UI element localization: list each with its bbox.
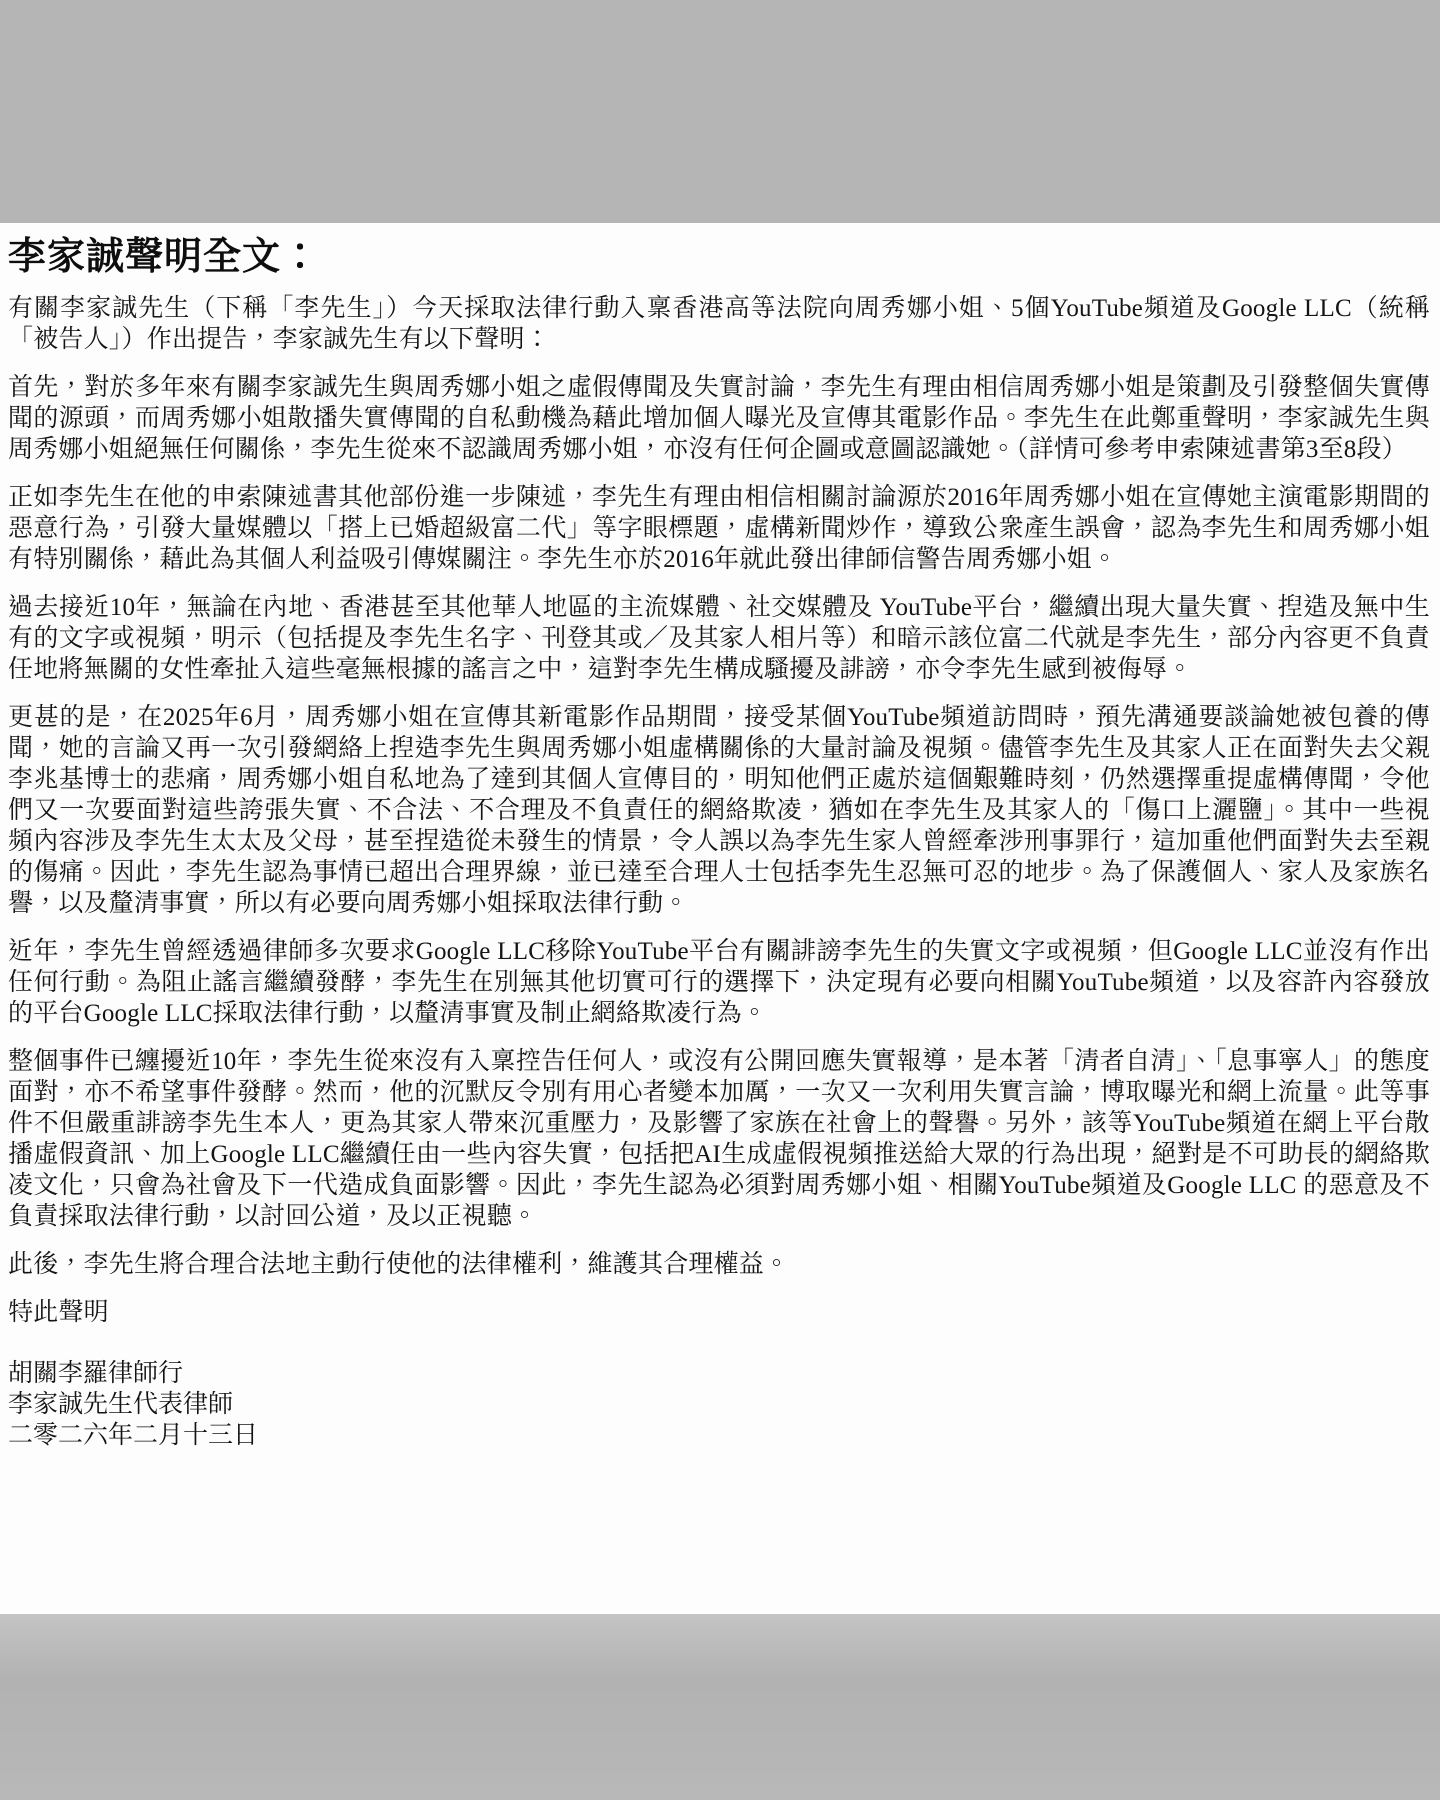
statement-paragraph-1: 首先，對於多年來有關李家誠先生與周秀娜小姐之虛假傳聞及失實討論，李先生有理由相信… xyxy=(8,372,1430,465)
statement-paragraph-6: 整個事件已纏擾近10年，李先生從來沒有入稟控告任何人，或沒有公開回應失實報導，是… xyxy=(8,1046,1430,1232)
signature-block: 胡關李羅律師行 李家誠先生代表律師 二零二六年二月十三日 xyxy=(8,1358,1430,1451)
statement-paragraph-3: 過去接近10年，無論在內地、香港甚至其他華人地區的主流媒體、社交媒體及 YouT… xyxy=(8,592,1430,685)
page-title: 李家誠聲明全文： xyxy=(8,235,1430,281)
signature-date: 二零二六年二月十三日 xyxy=(8,1420,1430,1451)
statement-paragraph-closing: 此後，李先生將合理合法地主動行使他的法律權利，維護其合理權益。 xyxy=(8,1249,1430,1280)
signature-representative: 李家誠先生代表律師 xyxy=(8,1389,1430,1420)
statement-paragraph-2: 正如李先生在他的申索陳述書其他部份進一步陳述，李先生有理由相信相關討論源於201… xyxy=(8,482,1430,575)
statement-declaration: 特此聲明 xyxy=(8,1297,1430,1328)
bottom-gray-band xyxy=(0,1614,1440,1800)
statement-paragraph-intro: 有關李家誠先生（下稱「李先生」）今天採取法律行動入稟香港高等法院向周秀娜小姐、5… xyxy=(8,293,1430,355)
statement-paragraph-5: 近年，李先生曾經透過律師多次要求Google LLC移除YouTube平台有關誹… xyxy=(8,936,1430,1029)
top-gray-band xyxy=(0,0,1440,223)
statement-paragraph-4: 更甚的是，在2025年6月，周秀娜小姐在宣傳其新電影作品期間，接受某個YouTu… xyxy=(8,702,1430,919)
screenshot-page: 李家誠聲明全文： 有關李家誠先生（下稱「李先生」）今天採取法律行動入稟香港高等法… xyxy=(0,0,1440,1800)
signature-law-firm: 胡關李羅律師行 xyxy=(8,1358,1430,1389)
statement-document: 李家誠聲明全文： 有關李家誠先生（下稱「李先生」）今天採取法律行動入稟香港高等法… xyxy=(0,223,1440,1614)
